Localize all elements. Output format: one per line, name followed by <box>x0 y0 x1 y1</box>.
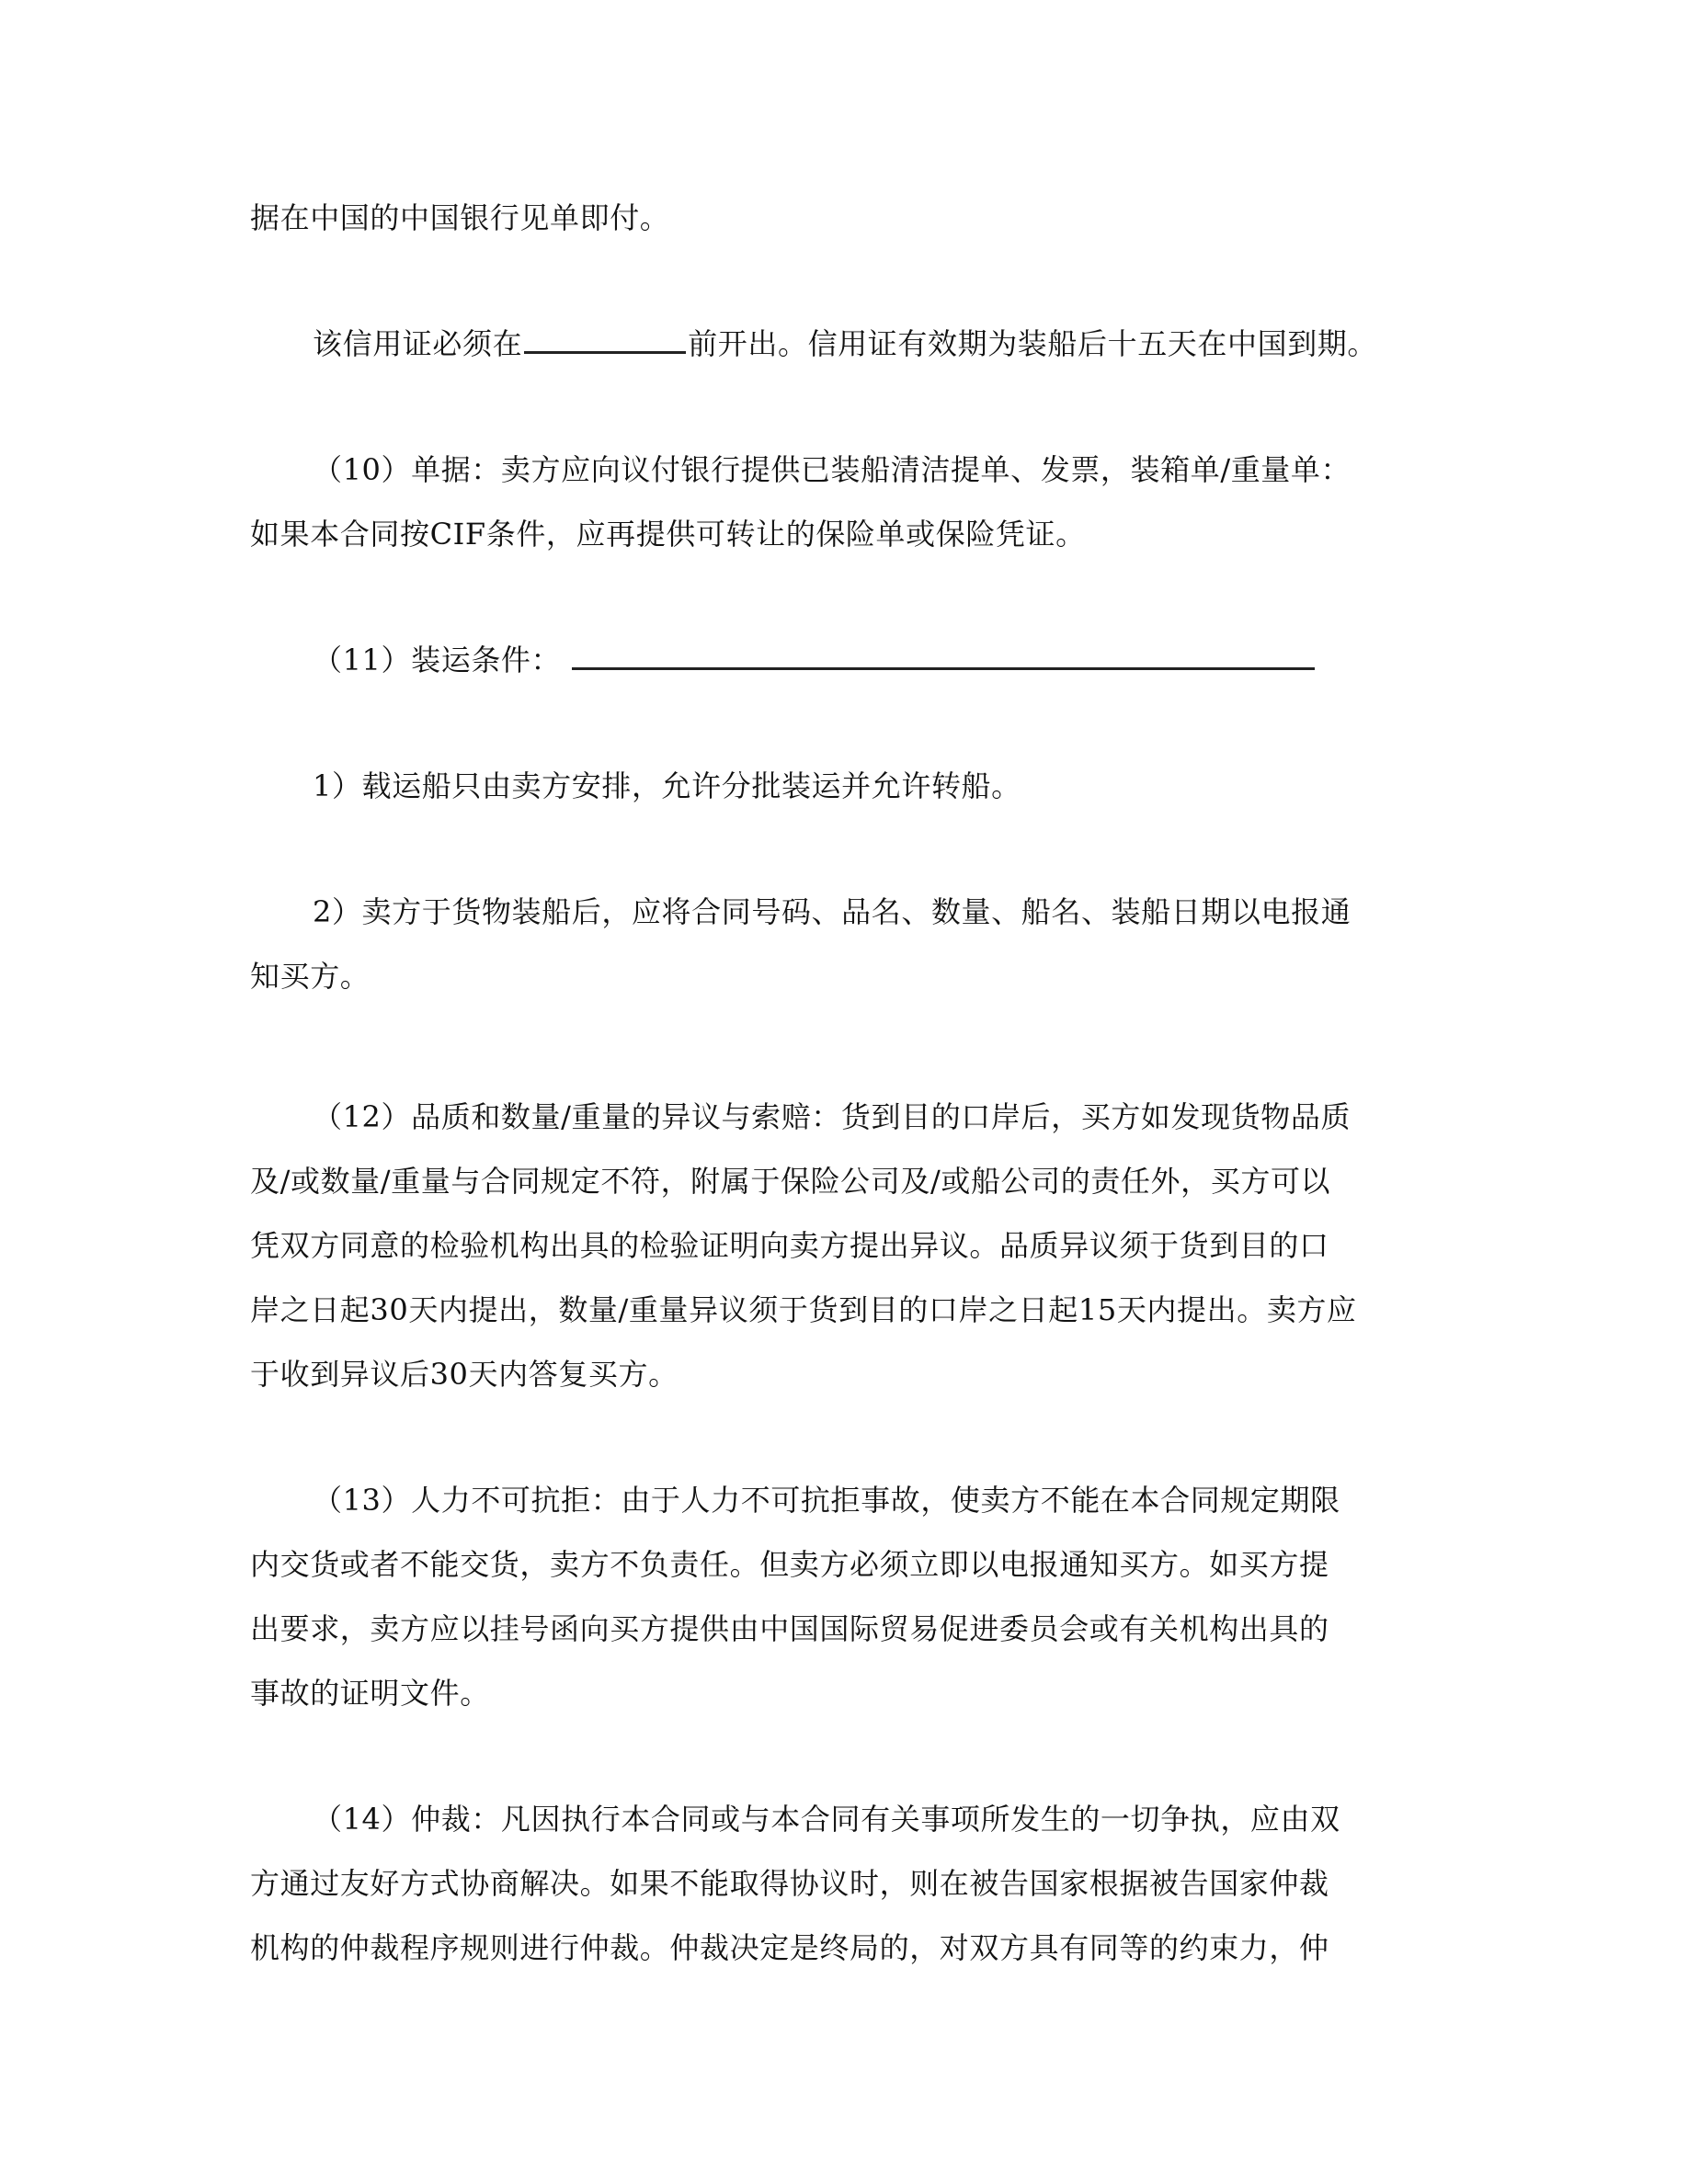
lc-deadline-after: 前开出。信用证有效期为装船后十五天在中国到期。 <box>688 326 1377 361</box>
text-line: 内交货或者不能交货，卖方不负责任。但卖方必须立即以电报通知买方。如买方提 <box>250 1532 1445 1597</box>
text-line: 据在中国的中国银行见单即付。 <box>250 186 1445 250</box>
text-line: 于收到异议后30天内答复买方。 <box>250 1342 1445 1406</box>
text-line: 知买方。 <box>250 944 1445 1008</box>
text-line: 1）载运船只由卖方安排，允许分批装运并允许转船。 <box>250 754 1445 818</box>
paragraph-clause-11-2: 2）卖方于货物装船后，应将合同号码、品名、数量、船名、装船日期以电报通 知买方。 <box>250 880 1445 1008</box>
text-line: 该信用证必须在前开出。信用证有效期为装船后十五天在中国到期。 <box>250 312 1445 376</box>
text-line: 及/或数量/重量与合同规定不符，附属于保险公司及/或船公司的责任外，买方可以 <box>250 1149 1445 1213</box>
text-line: （13）人力不可抗拒：由于人力不可抗拒事故，使卖方不能在本合同规定期限 <box>250 1468 1445 1532</box>
lc-deadline-before: 该信用证必须在 <box>313 326 522 361</box>
text-line: （14）仲裁：凡因执行本合同或与本合同有关事项所发生的一切争执，应由双 <box>250 1787 1445 1851</box>
paragraph-clause-14: （14）仲裁：凡因执行本合同或与本合同有关事项所发生的一切争执，应由双 方通过友… <box>250 1787 1445 1980</box>
paragraph-clause-11-1: 1）载运船只由卖方安排，允许分批装运并允许转船。 <box>250 754 1445 818</box>
clause-11-label: （11）装运条件： <box>313 643 561 677</box>
text-line: （10）单据：卖方应向议付银行提供已装船清洁提单、发票，装箱单/重量单： <box>250 438 1445 502</box>
text-line: 出要求，卖方应以挂号函向买方提供由中国国际贸易促进委员会或有关机构出具的 <box>250 1597 1445 1661</box>
paragraph-clause-13: （13）人力不可抗拒：由于人力不可抗拒事故，使卖方不能在本合同规定期限 内交货或… <box>250 1468 1445 1725</box>
text-line: 机构的仲裁程序规则进行仲裁。仲裁决定是终局的，对双方具有同等的约束力，仲 <box>250 1916 1445 1980</box>
document-page: 据在中国的中国银行见单即付。 该信用证必须在前开出。信用证有效期为装船后十五天在… <box>250 186 1445 2042</box>
paragraph-clause-10: （10）单据：卖方应向议付银行提供已装船清洁提单、发票，装箱单/重量单： 如果本… <box>250 438 1445 566</box>
paragraph-clause-12: （12）品质和数量/重量的异议与索赔：货到目的口岸后，买方如发现货物品质 及/或… <box>250 1085 1445 1406</box>
text-line: 岸之日起30天内提出，数量/重量异议须于货到目的口岸之日起15天内提出。卖方应 <box>250 1278 1445 1342</box>
text-line: （12）品质和数量/重量的异议与索赔：货到目的口岸后，买方如发现货物品质 <box>250 1085 1445 1149</box>
text-line: 2）卖方于货物装船后，应将合同号码、品名、数量、船名、装船日期以电报通 <box>250 880 1445 944</box>
lc-deadline-blank-field[interactable] <box>524 318 686 354</box>
text-line: 事故的证明文件。 <box>250 1661 1445 1725</box>
paragraph-lc-deadline: 该信用证必须在前开出。信用证有效期为装船后十五天在中国到期。 <box>250 312 1445 376</box>
paragraph-clause-11: （11）装运条件： <box>250 628 1445 692</box>
text-line: （11）装运条件： <box>250 628 1445 692</box>
shipment-terms-blank-field[interactable] <box>572 634 1315 670</box>
text-line: 凭双方同意的检验机构出具的检验证明向卖方提出异议。品质异议须于货到目的口 <box>250 1213 1445 1278</box>
text-line: 如果本合同按CIF条件，应再提供可转让的保险单或保险凭证。 <box>250 502 1445 566</box>
paragraph-payment-tail: 据在中国的中国银行见单即付。 <box>250 186 1445 250</box>
text-line: 方通过友好方式协商解决。如果不能取得协议时，则在被告国家根据被告国家仲裁 <box>250 1851 1445 1916</box>
